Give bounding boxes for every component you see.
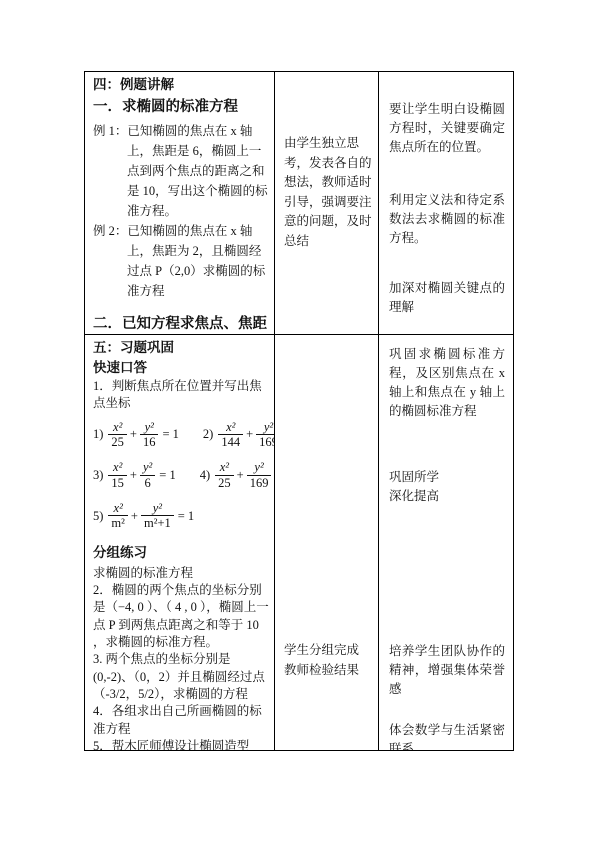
cell-design-intent-row2: 巩固求椭圆标准方程，及区别焦点在 x 轴上和焦点在 y 轴上的椭圆标准方程 巩固… bbox=[378, 334, 513, 750]
equation-label: 5) bbox=[93, 507, 103, 525]
fraction: x²25 bbox=[215, 460, 234, 490]
fraction-denominator: 169 bbox=[247, 476, 272, 490]
equation-5: 5)x²m²+y²m²+1= 1 bbox=[93, 501, 194, 531]
fraction-numerator: x² bbox=[218, 420, 243, 435]
fraction-denominator: m²+1 bbox=[141, 516, 174, 530]
fraction: x²144 bbox=[218, 420, 243, 450]
section-heading-practice: 五：习题巩固 bbox=[93, 339, 269, 356]
practice-item-3: 3. 两个焦点的坐标分别是(0,-2)、（0，2）并且椭圆经过点（-3/2，5/… bbox=[93, 651, 269, 703]
intent-row2-note-2: 巩固所学 bbox=[389, 468, 505, 487]
equals-rhs: = 1 bbox=[162, 425, 178, 443]
fraction-numerator: x² bbox=[108, 420, 127, 435]
section-heading-examples: 四：例题讲解 bbox=[93, 76, 269, 93]
equation-label: 3) bbox=[93, 466, 103, 484]
practice-item-4: 4．各组求出自己所画椭圆的标准方程 bbox=[93, 703, 269, 738]
cell-teaching-content-practice: 五：习题巩固 快速口答 1．判断焦点所在位置并写出焦点坐标 1)x²25+y²1… bbox=[85, 334, 274, 750]
equation-2: 2)x²144+y²169= 1 bbox=[203, 420, 274, 450]
practice-item-2: 2．椭圆的两个焦点的坐标分别是（−4, 0 ）、（ 4 , 0 ），椭圆上一点 … bbox=[93, 582, 269, 651]
fraction: y²169 bbox=[256, 420, 274, 450]
fraction-denominator: 144 bbox=[218, 435, 243, 449]
fraction: y²m²+1 bbox=[141, 501, 174, 531]
fraction-denominator: 25 bbox=[215, 476, 234, 490]
intent-row2-note-4: 培养学生团队协作的精神，增强集体荣誉感 bbox=[389, 642, 505, 699]
subsection-heading-group-practice: 分组练习 bbox=[93, 544, 269, 561]
fraction-numerator: x² bbox=[215, 460, 234, 475]
plus-sign: + bbox=[130, 425, 137, 443]
equation-row-3: 5)x²m²+y²m²+1= 1 bbox=[93, 501, 269, 531]
plus-sign: + bbox=[237, 466, 244, 484]
teaching-method-row2-line-1: 学生分组完成 bbox=[284, 640, 374, 660]
fraction-denominator: 169 bbox=[256, 435, 274, 449]
fraction-numerator: y² bbox=[141, 501, 174, 516]
fraction-denominator: 25 bbox=[108, 435, 127, 449]
equation-label: 2) bbox=[203, 425, 213, 443]
fraction-denominator: 15 bbox=[108, 476, 127, 490]
equation-label: 1) bbox=[93, 425, 103, 443]
intent-row1-note-3: 加深对椭圆关键点的理解 bbox=[389, 279, 505, 317]
fraction: y²6 bbox=[140, 460, 155, 490]
subsection-heading-find-foci: 二．已知方程求焦点、焦距 bbox=[93, 315, 269, 334]
example-2-text: 例 2：已知椭圆的焦点在 x 轴上，焦距为 2，且椭圆经过点 P（2,0）求椭圆… bbox=[93, 221, 269, 301]
intent-row2-note-1: 巩固求椭圆标准方程，及区别焦点在 x 轴上和焦点在 y 轴上的椭圆标准方程 bbox=[389, 345, 505, 421]
group-practice-instruction: 求椭圆的标准方程 bbox=[93, 565, 269, 582]
intent-row1-note-1: 要让学生明白设椭圆方程时，关键要确定焦点所在的位置。 bbox=[389, 100, 505, 157]
fraction: y²16 bbox=[140, 420, 159, 450]
example-1-text: 例 1：已知椭圆的焦点在 x 轴上，焦距是 6，椭圆上一点到两个焦点的距离之和是… bbox=[93, 121, 269, 221]
fraction: x²25 bbox=[108, 420, 127, 450]
plus-sign: + bbox=[246, 425, 253, 443]
lesson-plan-table: 四：例题讲解 一．求椭圆的标准方程 例 1：已知椭圆的焦点在 x 轴上，焦距是 … bbox=[84, 71, 514, 751]
fraction-denominator: m² bbox=[108, 516, 127, 530]
equals-rhs: = 1 bbox=[178, 507, 194, 525]
equation-4: 4)x²25+y²169= 1 bbox=[200, 460, 274, 490]
fraction-numerator: y² bbox=[256, 420, 274, 435]
fraction: x²m² bbox=[108, 501, 127, 531]
plus-sign: + bbox=[130, 466, 137, 484]
teaching-method-row2-line-2: 教师检验结果 bbox=[284, 660, 374, 680]
cell-teaching-method-row2: 学生分组完成 教师检验结果 bbox=[274, 334, 378, 750]
teaching-method-row1-text: 由学生独立思考，发表各自的想法，教师适时引导，强调要注意的问题，及时总结 bbox=[284, 134, 374, 251]
plus-sign: + bbox=[131, 507, 138, 525]
fraction: x²15 bbox=[108, 460, 127, 490]
cell-teaching-method-row1: 由学生独立思考，发表各自的想法，教师适时引导，强调要注意的问题，及时总结 bbox=[274, 72, 378, 334]
fraction: y²169 bbox=[247, 460, 272, 490]
equation-1: 1)x²25+y²16= 1 bbox=[93, 420, 179, 450]
cell-teaching-content-examples: 四：例题讲解 一．求椭圆的标准方程 例 1：已知椭圆的焦点在 x 轴上，焦距是 … bbox=[85, 72, 274, 334]
subsection-heading-standard-equation: 一．求椭圆的标准方程 bbox=[93, 98, 269, 117]
fraction-numerator: y² bbox=[140, 420, 159, 435]
equation-row-1: 1)x²25+y²16= 1 2)x²144+y²169= 1 bbox=[93, 420, 269, 450]
fraction-numerator: x² bbox=[108, 460, 127, 475]
fraction-numerator: y² bbox=[247, 460, 272, 475]
fraction-denominator: 6 bbox=[140, 476, 155, 490]
document-page: 四：例题讲解 一．求椭圆的标准方程 例 1：已知椭圆的焦点在 x 轴上，焦距是 … bbox=[0, 0, 595, 842]
equation-row-2: 3)x²15+y²6= 1 4)x²25+y²169= 1 bbox=[93, 460, 269, 490]
intent-row2-note-3: 深化提高 bbox=[389, 487, 505, 506]
subsection-heading-quick-answer: 快速口答 bbox=[93, 359, 269, 376]
intent-row2-note-5: 体会数学与生活紧密联系 bbox=[389, 721, 505, 750]
practice-item-5: 5．帮木匠师傅设计椭圆造型 bbox=[93, 738, 269, 750]
fraction-numerator: y² bbox=[140, 460, 155, 475]
equation-label: 4) bbox=[200, 466, 210, 484]
quick-answer-instruction: 1．判断焦点所在位置并写出焦点坐标 bbox=[93, 378, 269, 413]
cell-design-intent-row1: 要让学生明白设椭圆方程时，关键要确定焦点所在的位置。 利用定义法和待定系数法去求… bbox=[378, 72, 513, 334]
equals-rhs: = 1 bbox=[159, 466, 175, 484]
equation-3: 3)x²15+y²6= 1 bbox=[93, 460, 176, 490]
fraction-denominator: 16 bbox=[140, 435, 159, 449]
intent-row1-note-2: 利用定义法和待定系数法去求椭圆的标准方程。 bbox=[389, 191, 505, 248]
fraction-numerator: x² bbox=[108, 501, 127, 516]
